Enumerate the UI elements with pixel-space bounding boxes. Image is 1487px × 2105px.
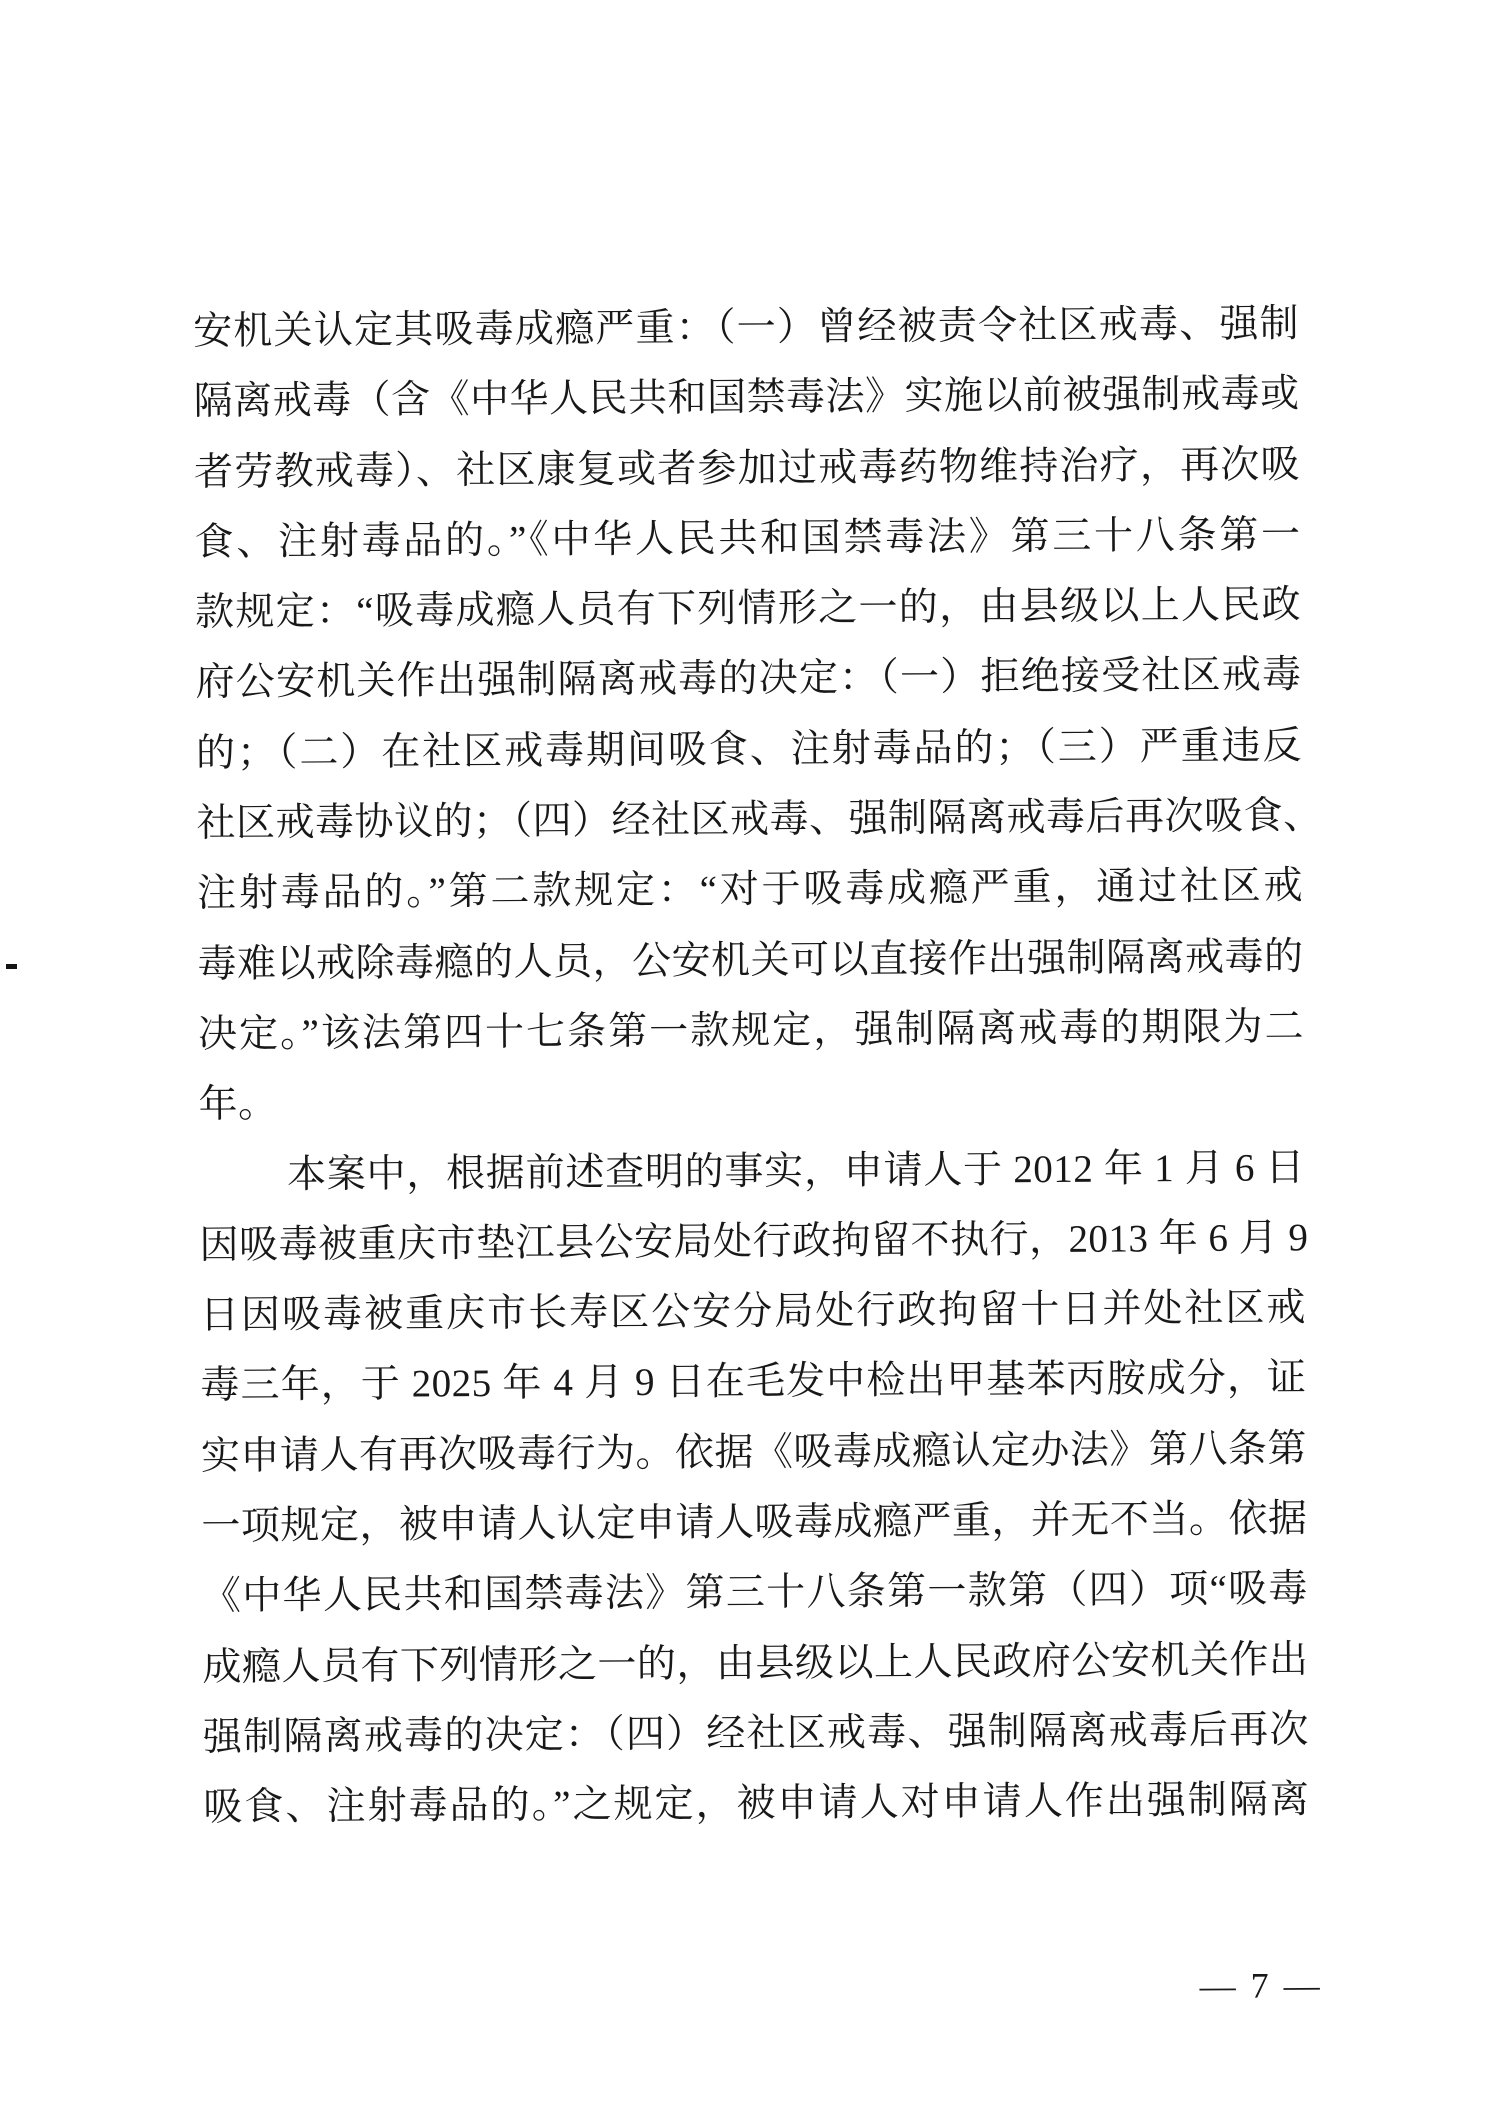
text-line: 款规定：“吸毒成瘾人员有下列情形之一的，由县级以上人民政 <box>195 570 1301 648</box>
text-line: 毒难以戒除毒瘾的人员，公安机关可以直接作出强制隔离戒毒的 <box>197 922 1303 1000</box>
text-line: 府公安机关作出强制隔离戒毒的决定：（一）拒绝接受社区戒毒 <box>195 641 1301 719</box>
text-line: 本案中，根据前述查明的事实，申请人于 2012 年 1 月 6 日 <box>199 1133 1305 1211</box>
text-line: 日因吸毒被重庆市长寿区公安分局处行政拘留十日并处社区戒 <box>200 1273 1306 1351</box>
text-line: 隔离戒毒（含《中华人民共和国禁毒法》实施以前被强制戒毒或 <box>193 360 1299 438</box>
text-line: 强制隔离戒毒的决定：（四）经社区戒毒、强制隔离戒毒后再次 <box>203 1695 1309 1773</box>
left-margin-mark <box>6 964 17 969</box>
page-number: — 7 — <box>1200 1964 1323 2007</box>
text-line: 毒三年，于 2025 年 4 月 9 日在毛发中检出甲基苯丙胺成分，证 <box>200 1344 1306 1422</box>
text-line: 社区戒毒协议的；（四）经社区戒毒、强制隔离戒毒后再次吸食、 <box>196 781 1302 859</box>
scan-skew-wrapper: 安机关认定其吸毒成瘾严重：（一）曾经被责令社区戒毒、强制隔离戒毒（含《中华人民共… <box>0 0 1487 2105</box>
text-line: 的；（二）在社区戒毒期间吸食、注射毒品的；（三）严重违反 <box>196 711 1302 789</box>
text-line: 决定。”该法第四十七条第一款规定，强制隔离戒毒的期限为二 <box>198 992 1304 1070</box>
text-line: 年。 <box>198 1063 1304 1141</box>
text-line: 吸食、注射毒品的。”之规定，被申请人对申请人作出强制隔离 <box>203 1765 1309 1843</box>
text-line: 食、注射毒品的。”《中华人民共和国禁毒法》第三十八条第一 <box>194 500 1300 578</box>
text-line: 安机关认定其吸毒成瘾严重：（一）曾经被责令社区戒毒、强制 <box>193 289 1299 367</box>
text-line: 成瘾人员有下列情形之一的，由县级以上人民政府公安机关作出 <box>202 1625 1308 1703</box>
text-line: 注射毒品的。”第二款规定：“对于吸毒成瘾严重，通过社区戒 <box>197 852 1303 930</box>
text-line: 因吸毒被重庆市垫江县公安局处行政拘留不执行，2013 年 6 月 9 <box>199 1203 1305 1281</box>
scanned-legal-document-page: 安机关认定其吸毒成瘾严重：（一）曾经被责令社区戒毒、强制隔离戒毒（含《中华人民共… <box>0 0 1487 2105</box>
text-line: 者劳教戒毒）、社区康复或者参加过戒毒药物维持治疗，再次吸 <box>194 430 1300 508</box>
text-line: 《中华人民共和国禁毒法》第三十八条第一款第（四）项“吸毒 <box>202 1555 1308 1633</box>
document-text: 安机关认定其吸毒成瘾严重：（一）曾经被责令社区戒毒、强制隔离戒毒（含《中华人民共… <box>193 289 1310 1843</box>
text-line: 实申请人有再次吸毒行为。依据《吸毒成瘾认定办法》第八条第 <box>201 1414 1307 1492</box>
text-line: 一项规定，被申请人认定申请人吸毒成瘾严重，并无不当。依据 <box>201 1484 1307 1562</box>
